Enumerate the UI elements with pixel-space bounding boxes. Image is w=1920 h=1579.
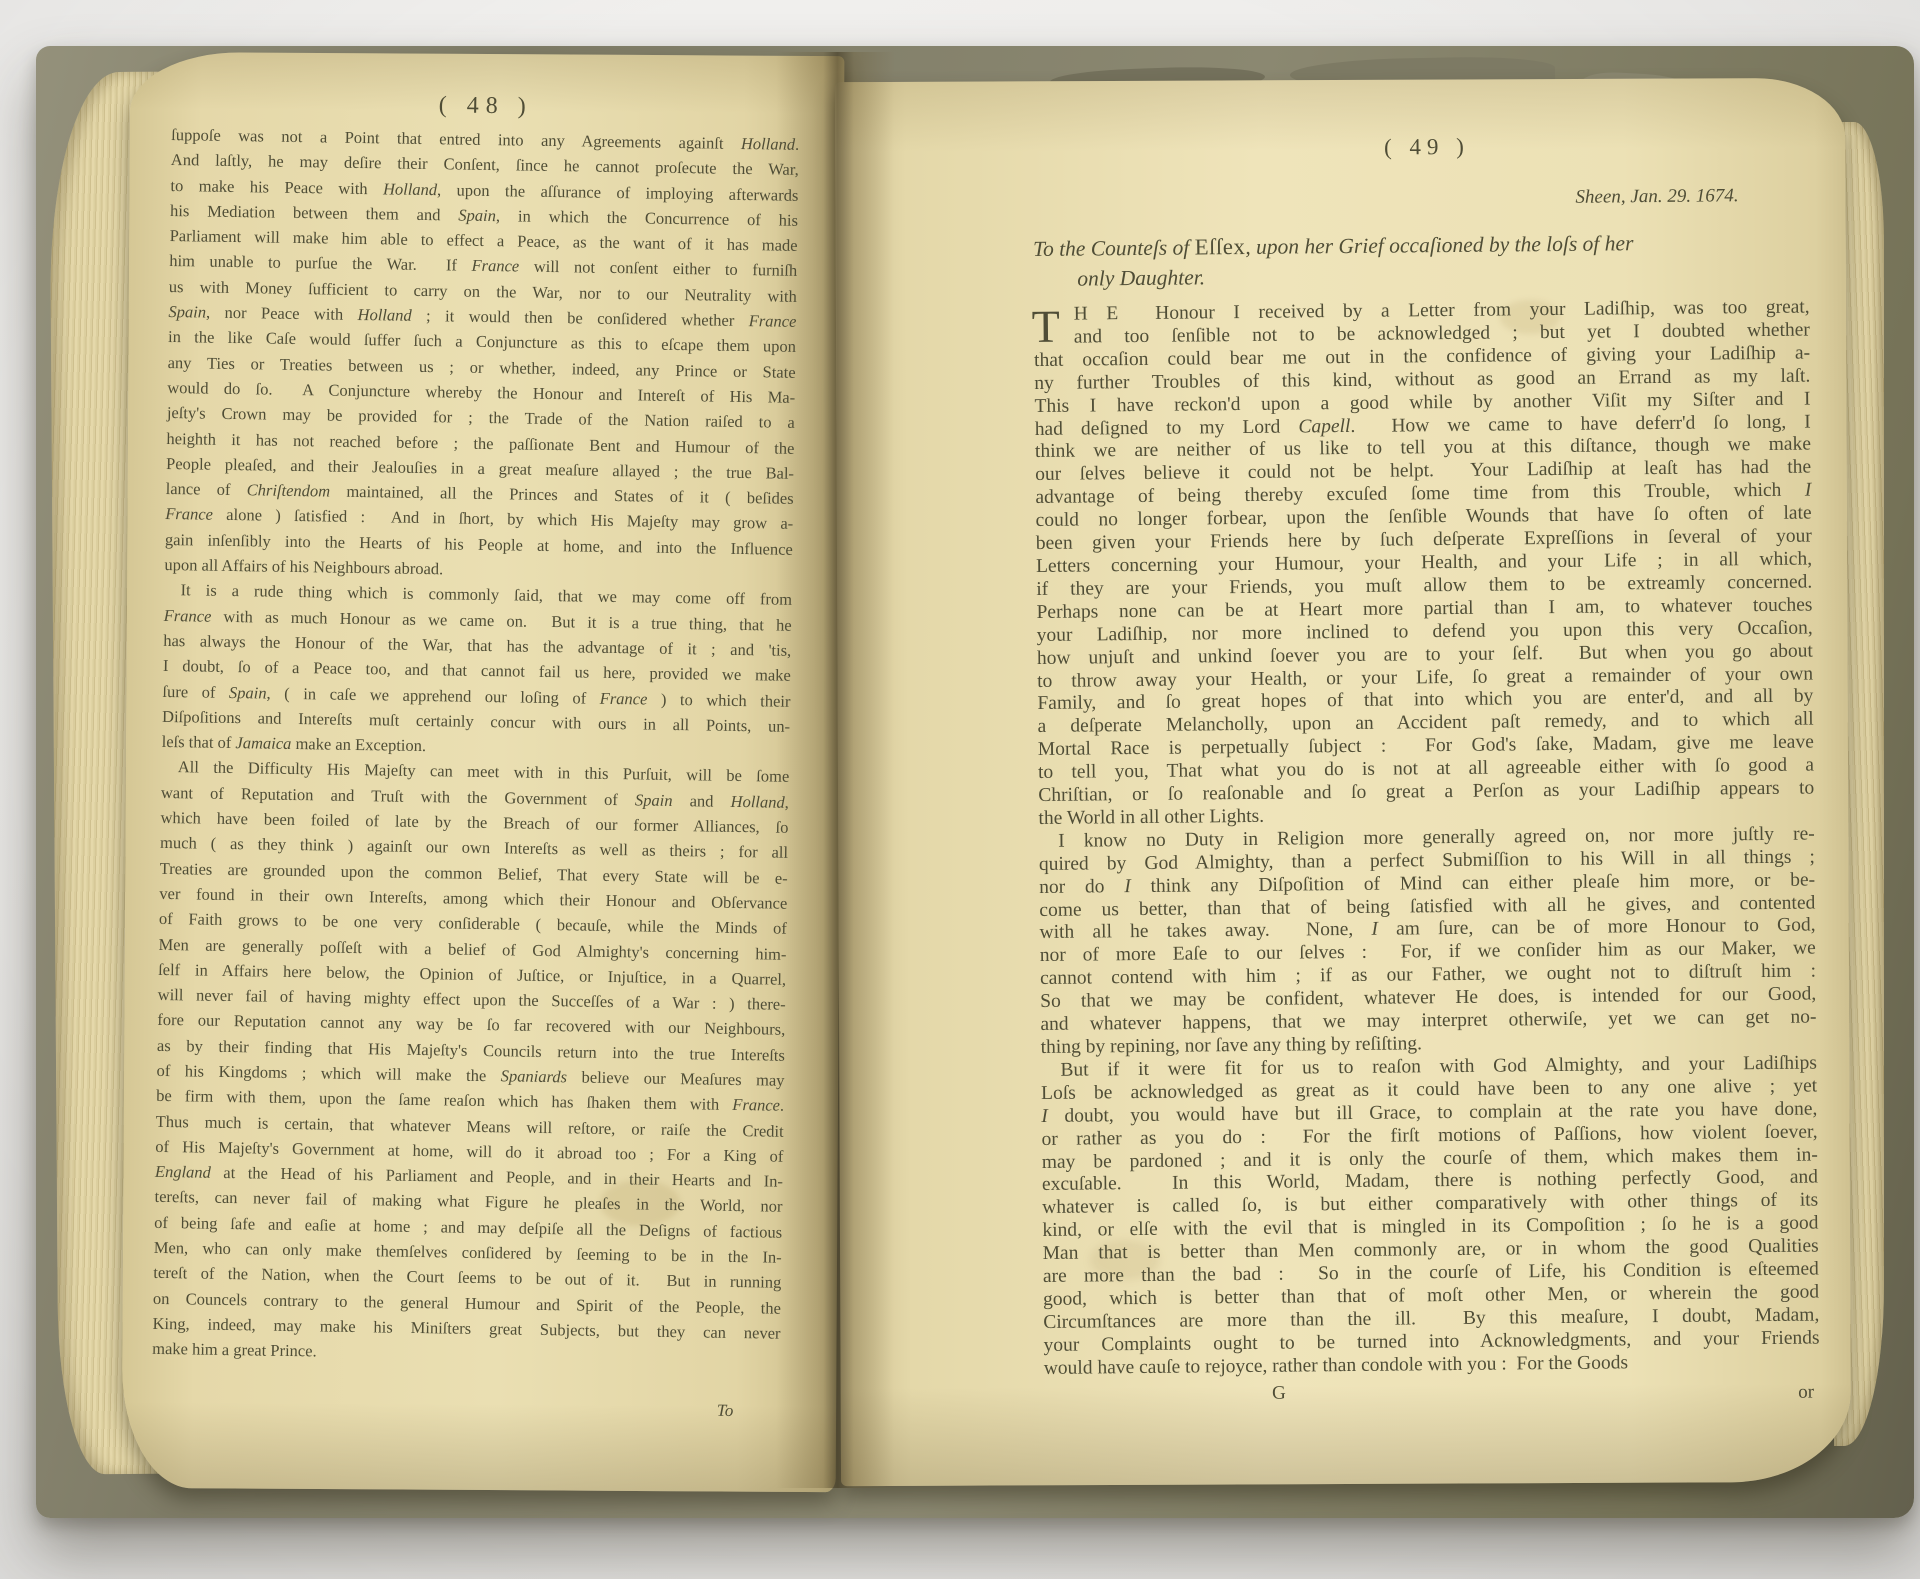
paragraph: I know no Duty in Religion more generall… bbox=[1039, 823, 1817, 1060]
heading-line: only Daughter. bbox=[1033, 257, 1809, 294]
right-page-text: ( 49 ) Sheen, Jan. 29. 1674. To the Coun… bbox=[1032, 135, 1820, 1415]
paragraph: But if it were fit for us to reaſon with… bbox=[1041, 1052, 1820, 1380]
paragraph: All the Difficulty His Majeſty can meet … bbox=[152, 754, 789, 1371]
paragraph: H E Honour I received by a Letter from y… bbox=[1034, 297, 1815, 831]
letter-dateline: Sheen, Jan. 29. 1674. bbox=[1032, 185, 1808, 214]
right-page-body: T H E Honour I received by a Letter from… bbox=[1034, 297, 1820, 1381]
catchword-right: or bbox=[1798, 1381, 1814, 1403]
left-page-body: ſuppoſe was not a Point that entred into… bbox=[152, 122, 799, 1371]
signature-mark: G bbox=[1272, 1382, 1286, 1404]
right-page-paragraphs: H E Honour I received by a Letter from y… bbox=[1034, 297, 1820, 1381]
page-number-49: ( 49 ) bbox=[1384, 134, 1470, 169]
drop-cap: T bbox=[1032, 307, 1060, 347]
left-page-text: ( 48 ) ſuppoſe was not a Point that entr… bbox=[151, 88, 800, 1421]
paragraph: ſuppoſe was not a Point that entred into… bbox=[164, 122, 799, 587]
letter-heading: To the Counteſs of Eſſex, upon her Grief… bbox=[1033, 227, 1810, 294]
paragraph: It is a rude thing which is commonly ſai… bbox=[162, 577, 793, 764]
